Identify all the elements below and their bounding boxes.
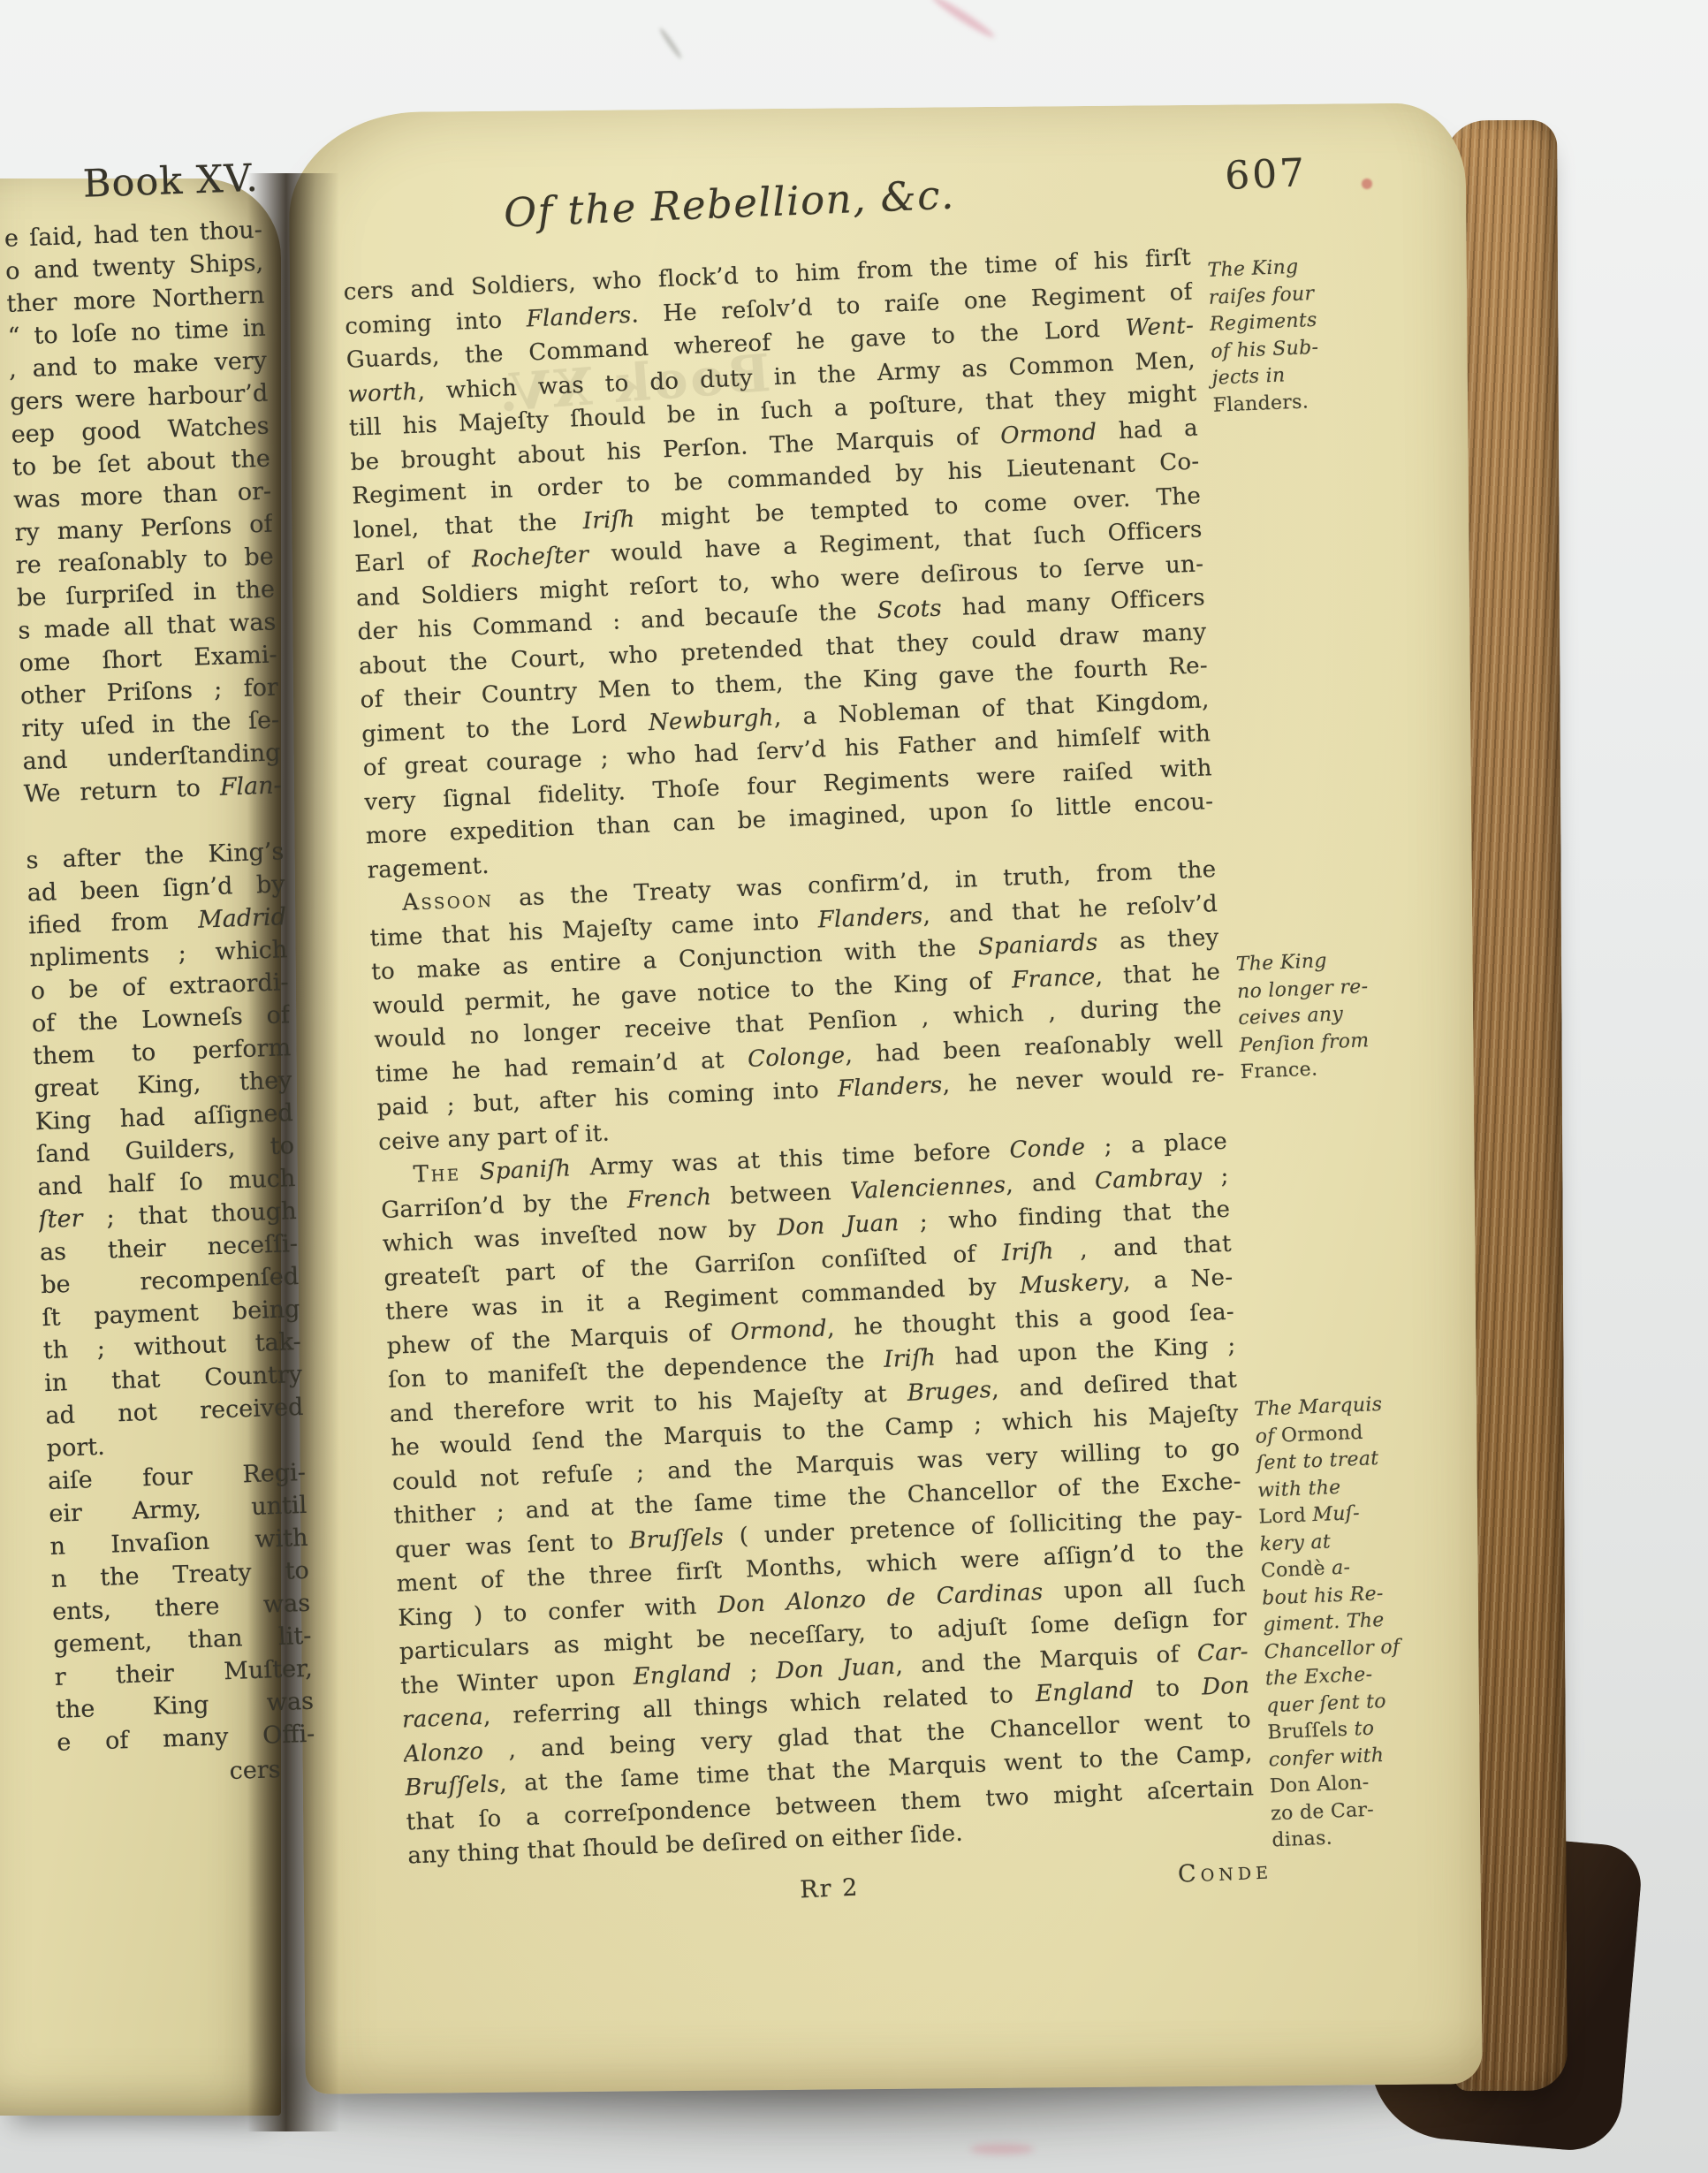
gray-fiber-mark bbox=[657, 27, 683, 60]
emphasis-text: Don Alon- bbox=[1269, 1772, 1369, 1798]
emphasis-text: zo de Car- bbox=[1271, 1798, 1375, 1825]
emphasis-text: Flan- bbox=[219, 771, 282, 801]
emphasis-text: Condè bbox=[1260, 1558, 1325, 1583]
emphasis-text: Lord bbox=[1258, 1504, 1307, 1528]
left-text-block-1: e ſaid, had ten thou-o and twenty Ships,… bbox=[2, 213, 289, 810]
emphasis-text: dinas. bbox=[1272, 1827, 1332, 1852]
page-number: 607 bbox=[1224, 156, 1307, 194]
emphasis-text: Bruſſels bbox=[1267, 1719, 1348, 1744]
signature-mark: Rr 2 bbox=[800, 1872, 861, 1908]
emphasis-text: Ormond bbox=[1280, 1421, 1363, 1447]
emphasis-text: Flanders. bbox=[1212, 391, 1309, 416]
left-page-text: Book XV. e ſaid, had ten thou-o and twen… bbox=[0, 155, 323, 1793]
red-speck bbox=[1362, 179, 1372, 189]
margin-note: The Kingraiſes fourRegimentsof his Sub-j… bbox=[1207, 249, 1416, 419]
emphasis-text: France. bbox=[1240, 1059, 1317, 1084]
emphasis-text: ſter bbox=[38, 1204, 83, 1234]
left-running-title: Book XV. bbox=[0, 155, 269, 210]
catchword: Conde bbox=[1177, 1854, 1272, 1892]
margin-notes: The Kingraiſes fourRegimentsof his Sub-j… bbox=[343, 231, 1508, 1997]
margin-note: The Kingno longer re-ceives anyPenſion f… bbox=[1235, 944, 1444, 1087]
right-page-text: Of the Rebellion, &c. 607 Book XV. cers … bbox=[343, 231, 1508, 1997]
left-text-block-2: s after the King’sad been ſign’d byified… bbox=[24, 835, 323, 1759]
margin-note: The Marquisof Ormondſent to treatwith th… bbox=[1254, 1388, 1476, 1854]
pink-smudge bbox=[930, 0, 997, 41]
emphasis-text: Madrid bbox=[198, 903, 287, 933]
left-catchword-fragment: cers bbox=[56, 1751, 323, 1794]
pink-smudge-bottom bbox=[970, 2144, 1034, 2154]
